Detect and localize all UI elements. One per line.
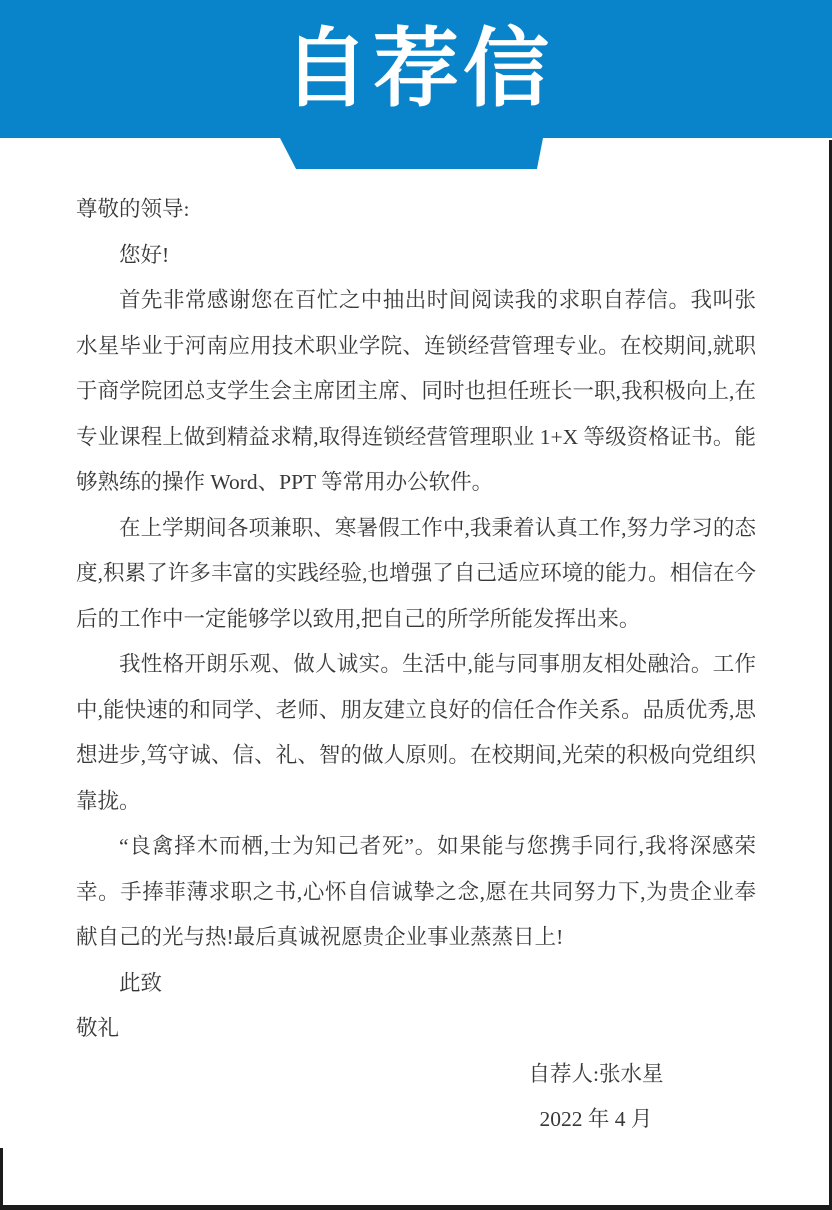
paragraph-personality: 我性格开朗乐观、做人诚实。生活中,能与同事朋友相处融洽。工作中,能快速的和同学、… (76, 642, 756, 824)
paragraph-intro: 首先非常感谢您在百忙之中抽出时间阅读我的求职自荐信。我叫张水星毕业于河南应用技术… (76, 278, 756, 506)
closing-jingli: 敬礼 (76, 1006, 756, 1052)
salutation: 尊敬的领导: (76, 187, 756, 233)
banner-ribbon-tab (280, 138, 543, 169)
page-title: 自荐信 (279, 26, 553, 112)
letter-page: 自荐信 尊敬的领导: 您好! 首先非常感谢您在百忙之中抽出时间阅读我的求职自荐信… (0, 0, 832, 1210)
signature-line: 自荐人:张水星 (436, 1052, 756, 1098)
date-line: 2022 年 4 月 (436, 1097, 756, 1143)
paragraph-closing-wish: “良禽择木而栖,士为知己者死”。如果能与您携手同行,我将深感荣幸。手捧菲薄求职之… (76, 824, 756, 961)
closing-cizhi: 此致 (76, 961, 756, 1007)
greeting: 您好! (76, 233, 756, 279)
signature-block: 自荐人:张水星 2022 年 4 月 (436, 1052, 756, 1143)
page-border-left-stub (0, 1148, 3, 1210)
paragraph-experience: 在上学期间各项兼职、寒暑假工作中,我秉着认真工作,努力学习的态度,积累了许多丰富… (76, 506, 756, 643)
title-banner: 自荐信 (0, 0, 832, 138)
page-border-bottom (0, 1205, 832, 1210)
letter-body: 尊敬的领导: 您好! 首先非常感谢您在百忙之中抽出时间阅读我的求职自荐信。我叫张… (76, 187, 756, 1143)
